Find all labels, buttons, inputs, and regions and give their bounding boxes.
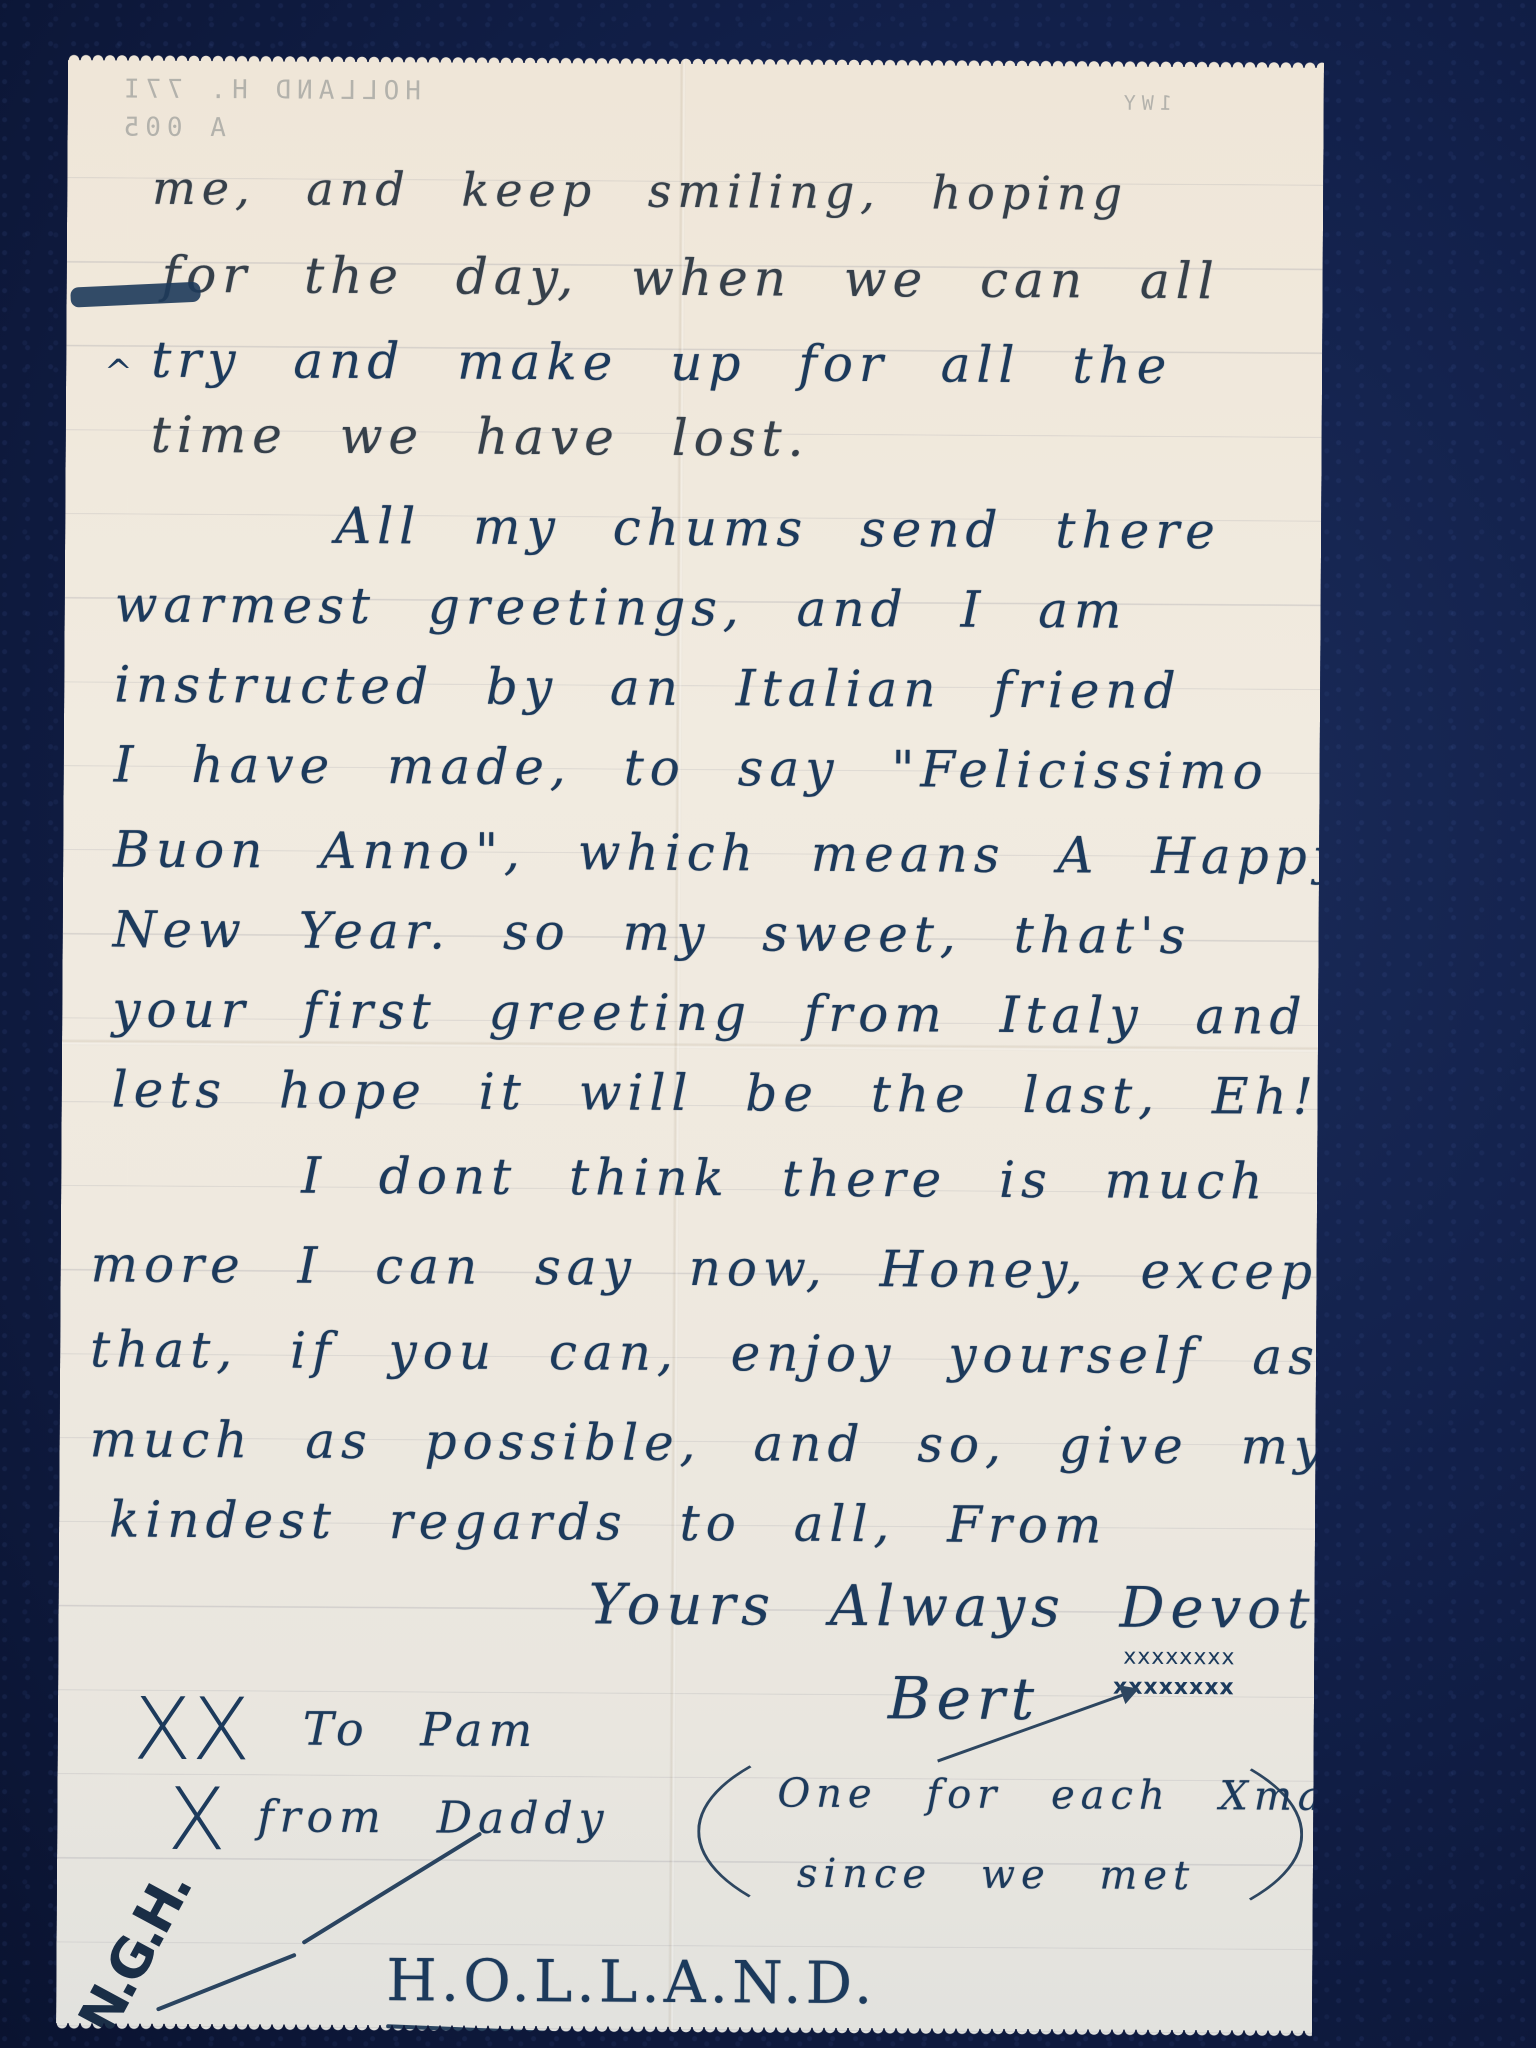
note-line-1: One for each Xmas — [777, 1774, 1354, 1818]
letter-line-12: lets hope it will be the last, Eh! — [112, 1064, 1319, 1121]
letter-line-15: that, if you can, enjoy yourself as — [90, 1324, 1320, 1382]
letter-line-16: much as possible, and so, give my — [89, 1414, 1328, 1472]
bleed-through-text-1: HOLLAND H. 77I — [118, 74, 421, 106]
closing-line: Yours Always Devoted — [588, 1577, 1396, 1638]
letter-line-11: your first greeting from Italy and — [112, 984, 1308, 1041]
letter-line-3: try and make up for all the — [151, 335, 1172, 391]
letter-line-4: time we have lost. — [151, 410, 810, 464]
signature-kisses-row-1: xxxxxxxx — [1123, 1646, 1235, 1671]
letter-line-5: All my chums send there — [335, 501, 1221, 556]
letter-line-1: me, and keep smiling, hoping — [152, 165, 1128, 217]
note-line-2: since we met — [797, 1854, 1195, 1896]
bleed-through-corner: 1WY — [1118, 91, 1172, 115]
letter-line-6: warmest greetings, and I am — [115, 579, 1128, 635]
letter-line-14: more I can say now, Honey, except — [90, 1239, 1344, 1297]
kisses-to-pam: XX — [133, 1680, 251, 1781]
letter-line-17: kindest regards to all, From — [109, 1494, 1108, 1550]
letter-line-10: New Year. so my sweet, that's — [113, 904, 1192, 961]
letter-line-13: I dont think there is much — [301, 1151, 1269, 1207]
to-pam-label: To Pam — [303, 1706, 539, 1753]
letter-line-9: Buon Anno", which means A Happy — [113, 824, 1347, 882]
letter-line-7: instructed by an Italian friend — [114, 659, 1182, 716]
insertion-caret-icon: ^ — [104, 352, 133, 392]
letter-line-2: for the day, when we can all — [162, 250, 1220, 306]
from-daddy-label: from Daddy — [257, 1795, 609, 1841]
bleed-through-text-2: A 005 — [118, 112, 226, 143]
letter-sheet: HOLLAND H. 77I A 005 1WY me, and keep sm… — [56, 54, 1324, 2037]
letter-line-8: I have made, to say "Felicissimo — [114, 739, 1269, 796]
kiss-from-daddy: X — [167, 1770, 227, 1870]
footer-holland: H.O.L.L.A.N.D. — [386, 1951, 877, 2012]
